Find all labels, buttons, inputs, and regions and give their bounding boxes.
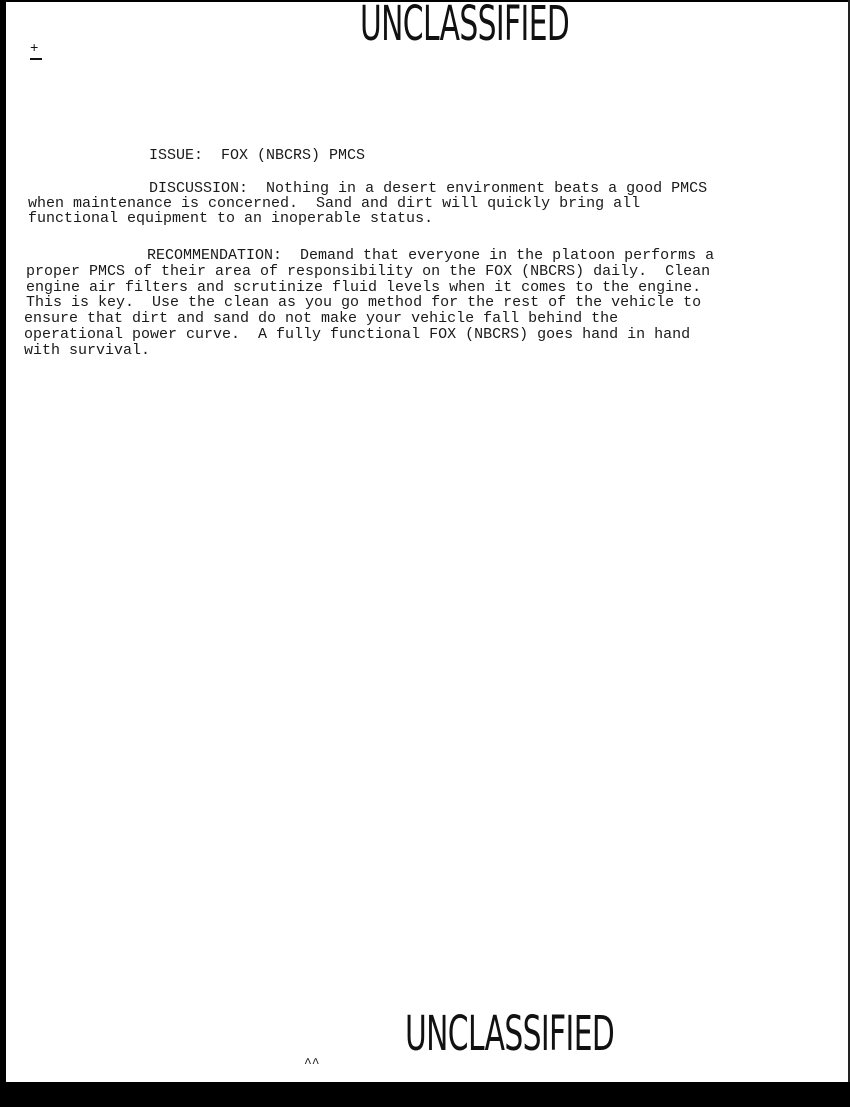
discussion-line-3: functional equipment to an inoperable st… [28, 211, 433, 226]
margin-plus-mark: + [30, 42, 38, 56]
issue-line: ISSUE: FOX (NBCRS) PMCS [149, 148, 365, 163]
recommendation-line-1: RECOMMENDATION: Demand that everyone in … [147, 248, 714, 263]
classification-stamp-top: UNCLASSIFIED [360, 0, 569, 48]
classification-stamp-bottom: UNCLASSIFIED [405, 1010, 614, 1058]
recommendation-line-5: ensure that dirt and sand do not make yo… [24, 311, 618, 326]
scan-left-border [0, 0, 6, 1107]
page-mark: ^^ [304, 1056, 320, 1071]
recommendation-line-3: engine air filters and scrutinize fluid … [26, 280, 701, 295]
discussion-line-2: when maintenance is concerned. Sand and … [28, 196, 640, 211]
recommendation-line-4: This is key. Use the clean as you go met… [26, 295, 701, 310]
recommendation-line-6: operational power curve. A fully functio… [24, 327, 690, 342]
recommendation-text: Demand that everyone in the platoon perf… [300, 247, 714, 264]
issue-label: ISSUE: [149, 147, 203, 164]
margin-underline [30, 58, 42, 60]
recommendation-line-2: proper PMCS of their area of responsibil… [26, 264, 710, 279]
discussion-line-1: DISCUSSION: Nothing in a desert environm… [149, 181, 707, 196]
scan-bottom-border [0, 1082, 850, 1107]
issue-text: FOX (NBCRS) PMCS [221, 147, 365, 164]
recommendation-label: RECOMMENDATION: [147, 247, 282, 264]
recommendation-line-7: with survival. [24, 343, 150, 358]
